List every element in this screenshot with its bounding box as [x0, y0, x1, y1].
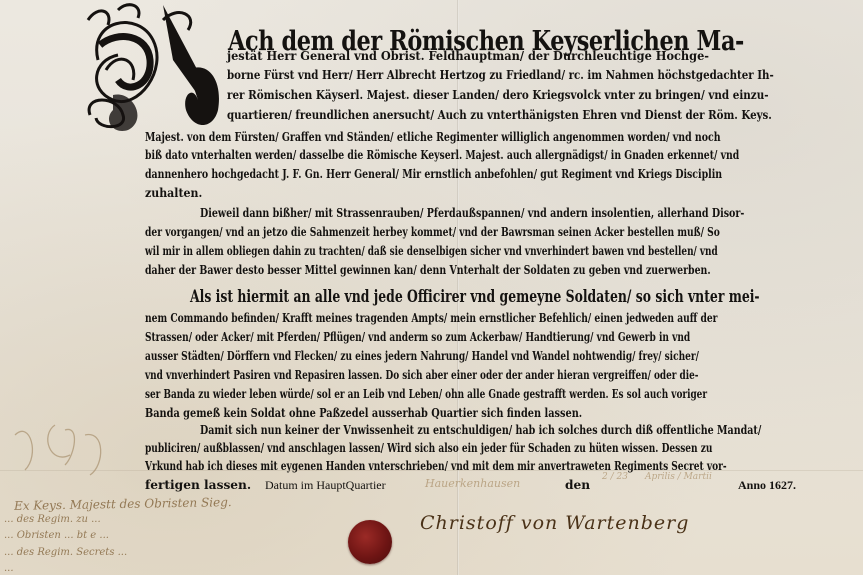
handwritten-place: Hauerkenhausen: [425, 477, 520, 490]
body-line: jestät Herr General vnd Obrist. Feldhaup…: [227, 49, 709, 63]
anno-year: Anno 1627.: [738, 478, 796, 492]
body-line: wil mir in allem obliegen dahin zu trach…: [145, 244, 718, 258]
marginal-note: Ex Keys. Majestt des Obristen Sieg.: [14, 495, 232, 513]
body-line: Vrkund hab ich dieses mit eygenen Handen…: [145, 459, 727, 473]
handwritten-day: 2 / 23: [602, 472, 628, 482]
den-text: den: [565, 478, 590, 492]
marginal-note: ... des Regim. Secrets ...: [4, 547, 127, 558]
marginal-note: ...: [4, 563, 14, 574]
body-line: dannenhero hochgedacht J. F. Gn. Herr Ge…: [145, 167, 722, 181]
proclamation-line: Als ist hiermit an alle vnd jede Officir…: [190, 287, 760, 307]
body-line: biß dato vnterhalten werden/ dasselbe di…: [145, 148, 739, 162]
body-line: borne Fürst vnd Herr/ Herr Albrecht Hert…: [227, 68, 774, 82]
body-line: quartieren/ freundlichen anersucht/ Auch…: [227, 108, 772, 122]
closing-text: fertigen lassen.: [145, 478, 251, 492]
body-line: ausser Städten/ Dörffern vnd Flecken/ zu…: [145, 349, 699, 363]
body-line: publiciren/ außblassen/ vnd anschlagen l…: [145, 441, 712, 455]
signature: Christoff von Wartenberg: [420, 512, 689, 534]
body-line: Strassen/ oder Acker/ mit Pferden/ Pflüg…: [145, 330, 690, 344]
decorated-initial-icon: [78, 0, 238, 135]
datum-text: Datum im HauptQuartier: [265, 478, 386, 492]
body-line: daher der Bawer desto besser Mittel gewi…: [145, 263, 711, 277]
handwritten-month: Aprilis / Martii: [645, 472, 712, 482]
body-line: vnd vnverhindert Pasiren vnd Repasiren l…: [145, 368, 699, 382]
body-line: Dieweil dann bißher/ mit Strassenrauben/…: [200, 206, 744, 220]
marginal-note: ... Obristen ... bt e ...: [4, 530, 109, 541]
handwritten-flourish-icon: [10, 415, 120, 485]
marginal-note: ... des Regim. zu ...: [4, 514, 101, 525]
body-line: Banda gemeß kein Soldat ohne Paßzedel au…: [145, 406, 582, 420]
body-line: zuhalten.: [145, 186, 202, 200]
body-line: der vorgangen/ vnd an jetzo die Sahmenze…: [145, 225, 720, 239]
body-line: rer Römischen Käyserl. Majest. dieser La…: [227, 88, 769, 102]
body-line: nem Commando befinden/ Krafft meines tra…: [145, 311, 717, 325]
document-page: Ach dem der Römischen Keyserlichen Ma- j…: [0, 0, 863, 575]
body-line: ser Banda zu wieder leben würde/ sol er …: [145, 387, 707, 401]
body-line: Majest. von dem Fürsten/ Graffen vnd Stä…: [145, 130, 721, 144]
wax-seal: [348, 520, 392, 564]
body-line: Damit sich nun keiner der Vnwissenheit z…: [200, 423, 761, 437]
